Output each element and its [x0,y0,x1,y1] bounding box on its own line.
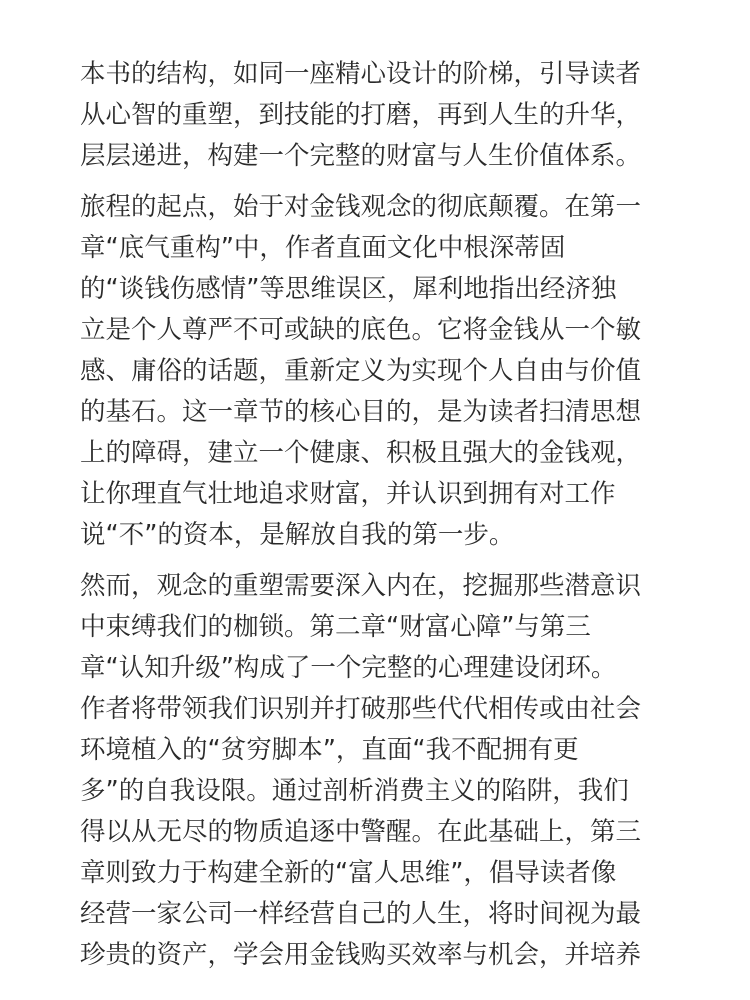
text-line: 得以从无尽的物质追逐中警醒。在此基础上，第三 [80,812,680,853]
text-line: 章“认知升级”构成了一个完整的心理建设闭环。 [80,648,680,689]
document-body: 本书的结构，如同一座精心设计的阶梯，引导读者 从心智的重塑，到技能的打磨，再到人… [80,54,680,986]
text-line: 让你理直气壮地追求财富，并认识到拥有对工作 [80,474,680,515]
text-line: 多”的自我设限。通过剖析消费主义的陷阱，我们 [80,771,680,812]
text-line: 然而，观念的重塑需要深入内在，挖掘那些潜意识 [80,566,680,607]
text-line: 本书的结构，如同一座精心设计的阶梯，引导读者 [80,54,680,95]
text-line: 说“不”的资本，是解放自我的第一步。 [80,515,680,556]
text-line: 环境植入的“贫穷脚本”，直面“我不配拥有更 [80,730,680,771]
text-line: 立是个人尊严不可或缺的底色。它将金钱从一个敏 [80,310,680,351]
text-line: 层层递进，构建一个完整的财富与人生价值体系。 [80,136,680,177]
text-line: 上的障碍，建立一个健康、积极且强大的金钱观， [80,433,680,474]
text-line: 经营一家公司一样经营自己的人生，将时间视为最 [80,894,680,935]
text-line: 从心智的重塑，到技能的打磨，再到人生的升华， [80,95,680,136]
text-line: 的“谈钱伤感情”等思维误区，犀利地指出经济独 [80,269,680,310]
text-line: 的基石。这一章节的核心目的，是为读者扫清思想 [80,392,680,433]
paragraph-intro: 本书的结构，如同一座精心设计的阶梯，引导读者 从心智的重塑，到技能的打磨，再到人… [80,54,680,177]
text-line: 感、庸俗的话题，重新定义为实现个人自由与价值 [80,351,680,392]
text-line: 珍贵的资产，学会用金钱购买效率与机会，并培养 [80,935,680,976]
text-line: 中束缚我们的枷锁。第二章“财富心障”与第三 [80,607,680,648]
text-line: 章“底气重构”中，作者直面文化中根深蒂固 [80,228,680,269]
text-line: 章则致力于构建全新的“富人思维”，倡导读者像 [80,853,680,894]
paragraph-chapter-one: 旅程的起点，始于对金钱观念的彻底颠覆。在第一 章“底气重构”中，作者直面文化中根… [80,187,680,556]
text-line: 作者将带领我们识别并打破那些代代相传或由社会 [80,689,680,730]
text-line: 旅程的起点，始于对金钱观念的彻底颠覆。在第一 [80,187,680,228]
paragraph-chapters-two-three: 然而，观念的重塑需要深入内在，挖掘那些潜意识 中束缚我们的枷锁。第二章“财富心障… [80,566,680,976]
